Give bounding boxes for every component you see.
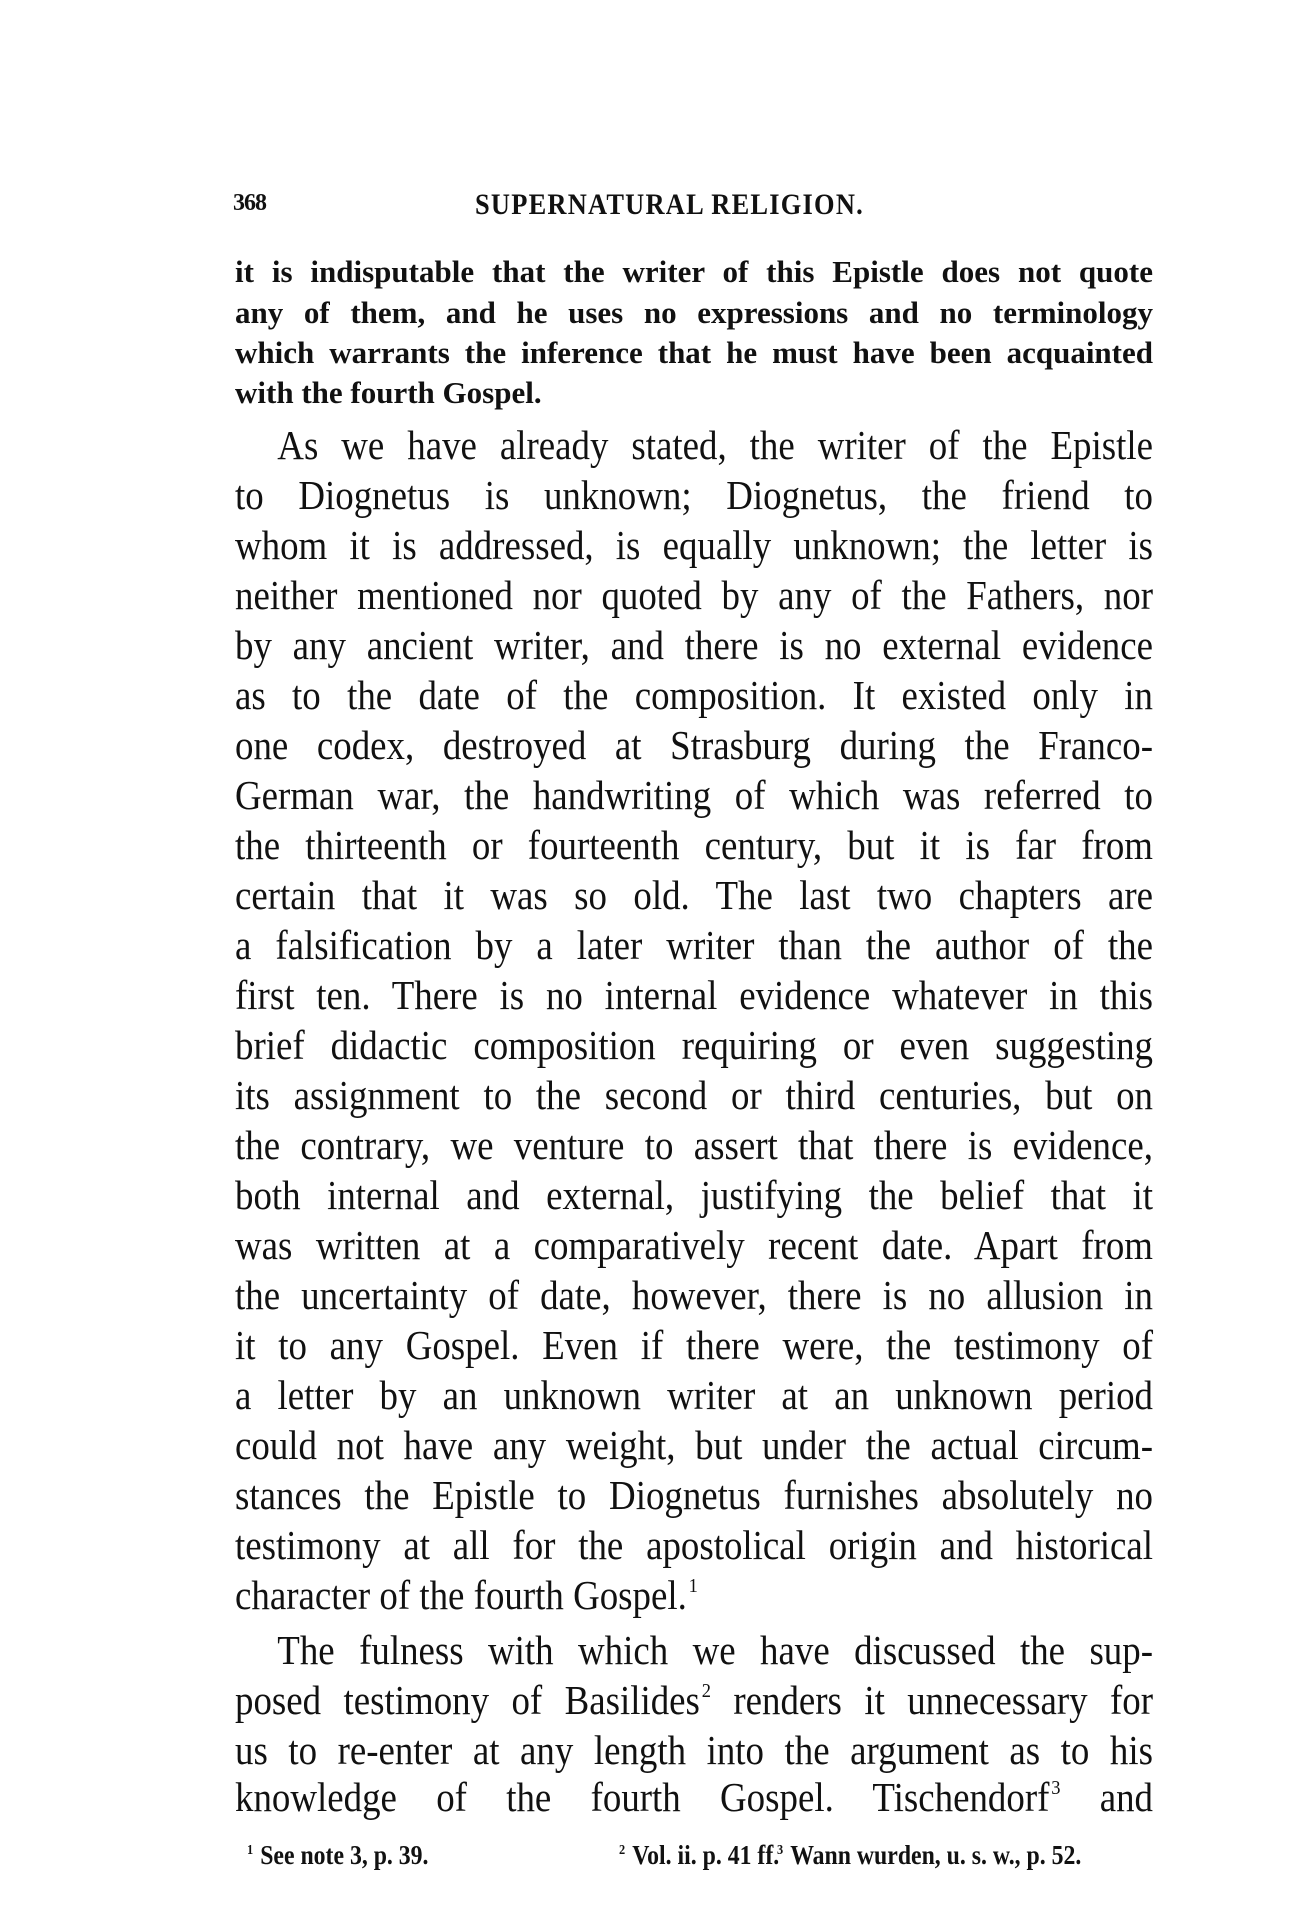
running-title: SUPERNATURAL RELIGION. — [475, 188, 864, 222]
footnote-1: 1See note 3, p. 39. — [247, 1840, 429, 1871]
text-fragment: posed testimony of Basilides — [235, 1677, 700, 1723]
footnote-text: Wann wurden, u. s. w., p. 52. — [790, 1840, 1081, 1870]
footnote-ref-1[interactable]: 1 — [689, 1575, 698, 1597]
footnote-text: Vol. ii. p. 41 ff. — [632, 1840, 779, 1870]
running-head: 368 SUPERNATURAL RELIGION. — [233, 188, 1153, 222]
footnote-3: 3Wann wurden, u. s. w., p. 52. — [777, 1840, 1081, 1871]
footnote-mark: 2 — [619, 1843, 625, 1858]
footnote-2: 2Vol. ii. p. 41 ff. — [619, 1840, 779, 1871]
text-fragment: renders it unnecessary for — [711, 1677, 1153, 1723]
footnote-text: See note 3, p. 39. — [260, 1840, 428, 1870]
footnote-ref-3[interactable]: 3 — [1051, 1777, 1060, 1799]
footnote-mark: 1 — [247, 1843, 253, 1858]
book-page: 368 SUPERNATURAL RELIGION. it is indispu… — [0, 0, 1292, 1925]
footnotes: 1See note 3, p. 39. 2Vol. ii. p. 41 ff. … — [247, 1840, 1157, 1876]
page-number: 368 — [233, 190, 266, 217]
footnote-mark: 3 — [777, 1843, 783, 1858]
text-fragment: character of the fourth Gospel. — [235, 1572, 687, 1618]
text-fragment: and — [1060, 1774, 1153, 1820]
footnote-ref-2[interactable]: 2 — [702, 1680, 711, 1702]
text-fragment: knowledge of the fourth Gospel. Tischend… — [235, 1774, 1049, 1820]
